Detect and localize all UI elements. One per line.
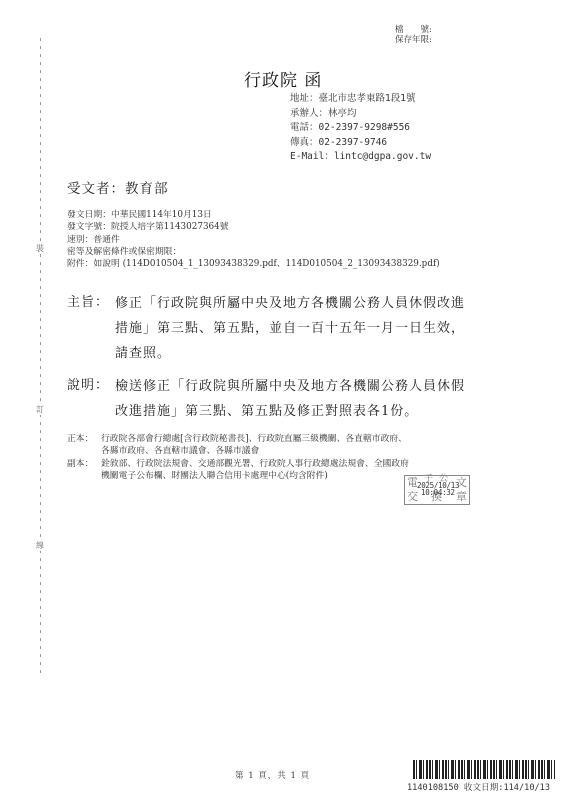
binding-label-ding: 訂 xyxy=(36,405,44,415)
issue-date: 發文日期：中華民國114年10月13日 xyxy=(67,209,440,221)
header-meta: 檔 號: 保存年限: xyxy=(395,25,432,45)
info-block: 發文日期：中華民國114年10月13日 發文字號：院授人培字第114302736… xyxy=(67,209,440,270)
exchange-stamp: 電 子 公 文 交 換 章 2025/10/13 10:04:32 xyxy=(404,475,470,505)
binding-label-xian: 線 xyxy=(36,541,44,551)
recipient: 受文者：教育部 xyxy=(67,177,169,197)
contact-fax: 傳真：02-2397-9746 xyxy=(290,136,431,151)
document-title: 行政院 函 xyxy=(244,66,322,91)
page-indicator: 第 1 頁，共 1 頁 xyxy=(235,769,310,781)
attachment-line[interactable]: 附件：如說明 (114D010504_1_13093438329.pdf、114… xyxy=(67,258,440,270)
explanation-section: 說明： 檢送修正「行政院與所屬中央及地方各機關公務人員休假 改進措施」第三點、第… xyxy=(67,374,545,424)
contact-block: 地址：臺北市忠孝東路1段1號 承辦人：林亭均 電話：02-2397-9298#5… xyxy=(290,92,431,165)
copy-line: 機關電子公布欄、財團法人聯合信用卡處理中心(均含附件) xyxy=(101,470,541,482)
contact-address: 地址：臺北市忠孝東路1段1號 xyxy=(290,92,431,107)
stamp-char: 章 xyxy=(456,491,467,503)
receipt-info: 1140108150 收文日期:114/10/13 xyxy=(407,781,550,793)
secrecy-level: 密等及解密條件或保密期限： xyxy=(67,246,440,258)
speed-class: 速別：普通件 xyxy=(67,234,440,246)
subject-line: 請查照。 xyxy=(115,341,545,366)
copy-label: 副本： xyxy=(67,458,101,483)
barcode xyxy=(413,760,555,779)
issue-number: 發文字號：院授人培字第1143027364號 xyxy=(67,221,440,233)
retention-label: 保存年限: xyxy=(395,35,432,45)
file-number-label: 檔 號: xyxy=(395,25,432,35)
subject-text: 修正「行政院與所屬中央及地方各機關公務人員休假改進 措施」第三點、第五點，並自一… xyxy=(115,291,545,366)
stamp-char: 交 xyxy=(407,491,418,503)
subject-line: 修正「行政院與所屬中央及地方各機關公務人員休假改進 xyxy=(115,291,545,316)
contact-email: E-Mail：lintc@dgpa.gov.tw xyxy=(290,150,431,165)
contact-handler: 承辦人：林亭均 xyxy=(290,107,431,122)
explanation-line: 檢送修正「行政院與所屬中央及地方各機關公務人員休假 xyxy=(115,374,545,399)
stamp-time: 10:04:32 xyxy=(421,489,455,497)
binding-label-zhuang: 裝 xyxy=(36,244,44,254)
explanation-line: 改進措施」第三點、第五點及修正對照表各1份。 xyxy=(115,399,545,424)
original-line: 各縣市政府、各直轄市議會、各縣市議會 xyxy=(101,445,541,457)
copy-line: 銓敘部、行政院法規會、交通部觀光署、行政院人事行政總處法規會、全國政府 xyxy=(101,458,541,470)
subject-line: 措施」第三點、第五點，並自一百十五年一月一日生效， xyxy=(115,316,545,341)
explanation-label: 說明： xyxy=(67,374,115,424)
subject-label: 主旨： xyxy=(67,291,115,366)
binding-dotted-line xyxy=(40,38,41,676)
original-line: 行政院各部會行總處[含行政院秘書長]、行政院直屬三級機關、各直轄市政府、 xyxy=(101,433,541,445)
original-recipients: 行政院各部會行總處[含行政院秘書長]、行政院直屬三級機關、各直轄市政府、 各縣市… xyxy=(101,433,541,458)
original-label: 正本： xyxy=(67,433,101,458)
copy-recipients: 銓敘部、行政院法規會、交通部觀光署、行政院人事行政總處法規會、全國政府 機關電子… xyxy=(101,458,541,483)
contact-phone: 電話：02-2397-9298#556 xyxy=(290,121,431,136)
explanation-text: 檢送修正「行政院與所屬中央及地方各機關公務人員休假 改進措施」第三點、第五點及修… xyxy=(115,374,545,424)
subject-section: 主旨： 修正「行政院與所屬中央及地方各機關公務人員休假改進 措施」第三點、第五點… xyxy=(67,291,545,366)
